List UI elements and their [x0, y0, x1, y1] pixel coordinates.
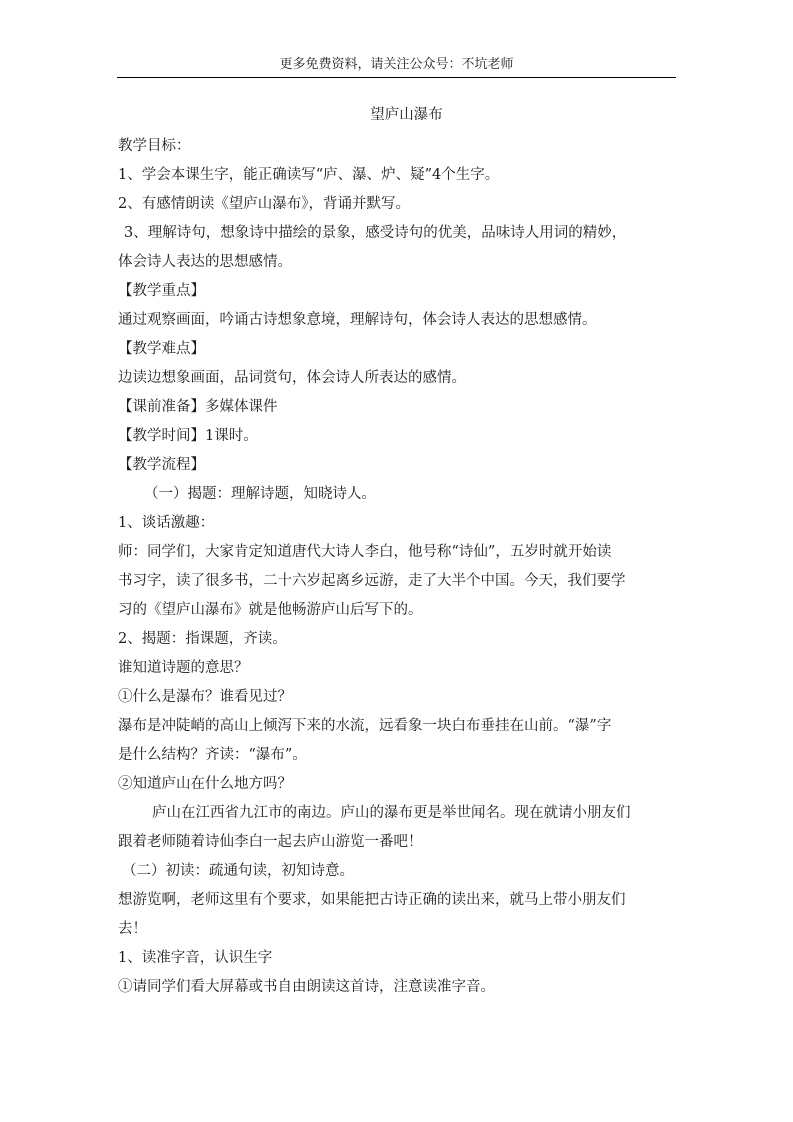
paragraph-teacher-intro-cont-1: 书习字，读了很多书，二十六岁起离乡远游，走了大半个中国。今天，我们要学	[118, 567, 680, 596]
objective-2: 2、有感情朗读《望庐山瀑布》，背诵并默写。	[118, 190, 680, 219]
step-1-heading: （一）揭题：理解诗题，知晓诗人。	[118, 480, 680, 509]
page-header-text: 更多免费资料，请关注公众号：不坑老师	[117, 56, 676, 74]
section-heading-process: 【教学流程】	[118, 451, 680, 480]
step-1-1: 1、谈话激趣：	[118, 509, 680, 538]
objective-3-cont: 体会诗人表达的思想感情。	[118, 248, 680, 277]
header-divider	[117, 77, 676, 78]
paragraph-waterfall: 瀑布是冲陡峭的高山上倾泻下来的水流，远看象一块白布垂挂在山前。“瀑”字	[118, 712, 680, 741]
paragraph-teacher-intro: 师：同学们，大家肯定知道唐代大诗人李白，他号称“诗仙”，五岁时就开始读	[118, 538, 680, 567]
paragraph-teacher-intro-cont-2: 习的《望庐山瀑布》就是他畅游庐山后写下的。	[118, 596, 680, 625]
document-title: 望庐山瀑布	[117, 105, 696, 125]
question-lushan: ②知道庐山在什么地方吗？	[118, 770, 680, 799]
paragraph-requirement: 想游览啊，老师这里有个要求，如果能把古诗正确的读出来，就马上带小朋友们	[118, 886, 680, 915]
key-points-text: 通过观察画面，吟诵古诗想象意境，理解诗句，体会诗人表达的思想感情。	[118, 306, 680, 335]
teaching-time: 【教学时间】1课时。	[118, 422, 680, 451]
objective-1: 1、学会本课生字，能正确读写“庐、瀑、炉、疑”4个生字。	[118, 161, 680, 190]
difficulties-text: 边读边想象画面，品词赏句，体会诗人所表达的感情。	[118, 364, 680, 393]
question-title-meaning: 谁知道诗题的意思？	[118, 654, 680, 683]
question-waterfall: ①什么是瀑布？谁看见过？	[118, 683, 680, 712]
section-heading-objectives: 教学目标：	[118, 132, 680, 161]
paragraph-requirement-cont: 去！	[118, 915, 680, 944]
step-1-2: 2、揭题：指课题，齐读。	[118, 625, 680, 654]
step-2-1-instruction: ①请同学们看大屏幕或书自由朗读这首诗，注意读准字音。	[118, 973, 680, 1002]
step-2-heading: （二）初读：疏通句读，初知诗意。	[118, 857, 680, 886]
paragraph-lushan-cont: 跟着老师随着诗仙李白一起去庐山游览一番吧！	[118, 828, 680, 857]
section-heading-difficulties: 【教学难点】	[118, 335, 680, 364]
document-body: 教学目标： 1、学会本课生字，能正确读写“庐、瀑、炉、疑”4个生字。 2、有感情…	[118, 132, 680, 1002]
section-heading-key-points: 【教学重点】	[118, 277, 680, 306]
paragraph-waterfall-cont: 是什么结构？齐读：“瀑布”。	[118, 741, 680, 770]
objective-3: 3、理解诗句，想象诗中描绘的景象，感受诗句的优美，品味诗人用词的精妙，	[118, 219, 680, 248]
preparation: 【课前准备】多媒体课件	[118, 393, 680, 422]
paragraph-lushan: 庐山在江西省九江市的南边。庐山的瀑布更是举世闻名。现在就请小朋友们	[118, 799, 680, 828]
step-2-1: 1、读准字音，认识生字	[118, 944, 680, 973]
